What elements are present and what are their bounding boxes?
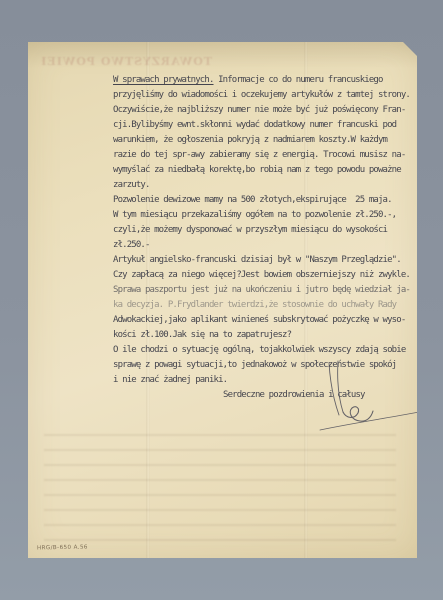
typed-letter-body: W sprawach prywatnych. Informacje co do … [113, 73, 413, 403]
letter-line: kości zł.100.Jak się na to zapatrujesz? [113, 328, 413, 343]
reverse-side-bleedthrough [44, 434, 396, 550]
letter-line-faded: ka decyzja. P.Frydlander twierdzi,że sto… [113, 298, 413, 313]
letter-line: Oczywiście,że najbliższy numer nie może … [113, 103, 413, 118]
underlined-opening-phrase: W sprawach prywatnych. [113, 75, 214, 85]
letter-line: Adwokackiej,jako aplikant winieneś subsk… [113, 313, 413, 328]
letter-line: cji.Bylibyśmy ewnt.skłonni wydać dodatko… [113, 118, 413, 133]
letter-line: zł.250.- [113, 238, 413, 253]
letter-line: czyli,że możemy dysponować w przyszłym m… [113, 223, 413, 238]
letter-line: O ile chodzi o sytuację ogólną, tojakkol… [113, 343, 413, 358]
letter-line-text: Informacje co do numeru francuskiego [214, 75, 383, 85]
letter-line: Czy zapłacą za niego więcej?Jest bowiem … [113, 268, 413, 283]
letter-line: Pozwolenie dewizowe mamy na 500 złotych,… [113, 193, 413, 208]
archive-reference-mark: HRG/B-650 A.56 [37, 545, 88, 552]
letter-line: W tym miesiącu przekazaliśmy ogółem na t… [113, 208, 413, 223]
letter-line: Artykuł angielsko-francuski dzisiaj był … [113, 253, 413, 268]
letter-line: wymyślać za niedbałą korektę,bo robią na… [113, 163, 413, 178]
letter-line: W sprawach prywatnych. Informacje co do … [113, 73, 413, 88]
letter-line: Sprawa paszportu jest już na ukończeniu … [113, 283, 413, 298]
letter-line: zarzuty. [113, 178, 413, 193]
handwritten-signature [298, 360, 428, 440]
letter-line: przyjęliśmy do wiadomości i oczekujemy a… [113, 88, 413, 103]
letter-page: TOWARZYSTWO POWIERNICZE W sprawach prywa… [28, 42, 417, 558]
letterhead-bleedthrough: TOWARZYSTWO POWIERNICZE [42, 55, 212, 68]
letter-line: warunkiem, że ogłoszenia pokryją z nadmi… [113, 133, 413, 148]
letter-line: razie do tej spr-awy zabieramy się z ene… [113, 148, 413, 163]
